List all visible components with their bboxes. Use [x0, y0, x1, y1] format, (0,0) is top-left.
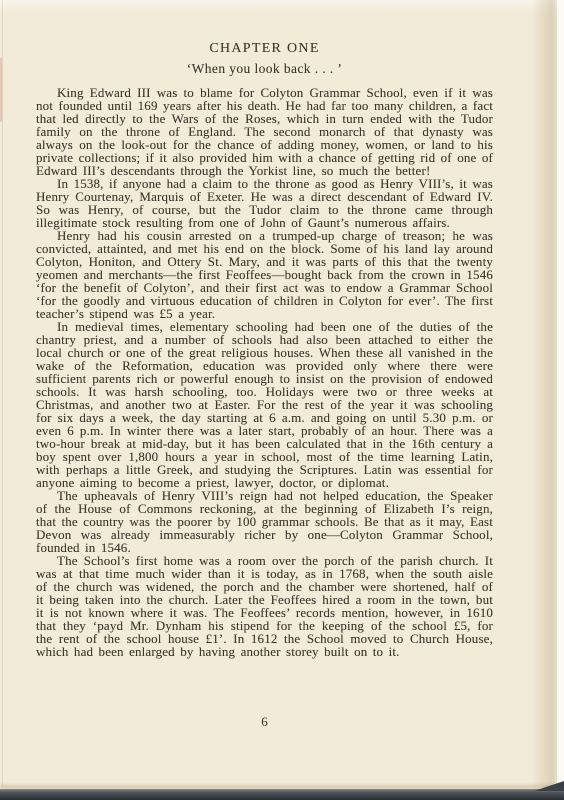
- scan-bottom-strip: [0, 789, 564, 800]
- book-page-scan: CHAPTER ONE ‘When you look back . . . ’ …: [0, 0, 564, 800]
- page-text-column: CHAPTER ONE ‘When you look back . . . ’ …: [36, 0, 493, 658]
- page-number: 6: [36, 714, 493, 730]
- paragraph: The School’s first home was a room over …: [36, 554, 493, 658]
- paragraph: In medieval times, elementary schooling …: [36, 320, 493, 489]
- left-edge-mark: [0, 58, 2, 122]
- paragraph: The upheavals of Henry VIII’s reign had …: [36, 489, 493, 554]
- paragraph: Henry had his cousin arrested on a trump…: [36, 229, 493, 320]
- page-curl-shadow: [531, 0, 557, 800]
- page-edge-highlight: [557, 0, 564, 800]
- left-edge-line: [2, 0, 3, 788]
- chapter-heading: CHAPTER ONE: [36, 41, 493, 57]
- paragraph: In 1538, if anyone had a claim to the th…: [36, 177, 493, 229]
- chapter-subtitle: ‘When you look back . . . ’: [36, 61, 493, 77]
- page-body: King Edward III was to blame for Colyton…: [36, 86, 493, 658]
- paragraph: King Edward III was to blame for Colyton…: [36, 86, 493, 177]
